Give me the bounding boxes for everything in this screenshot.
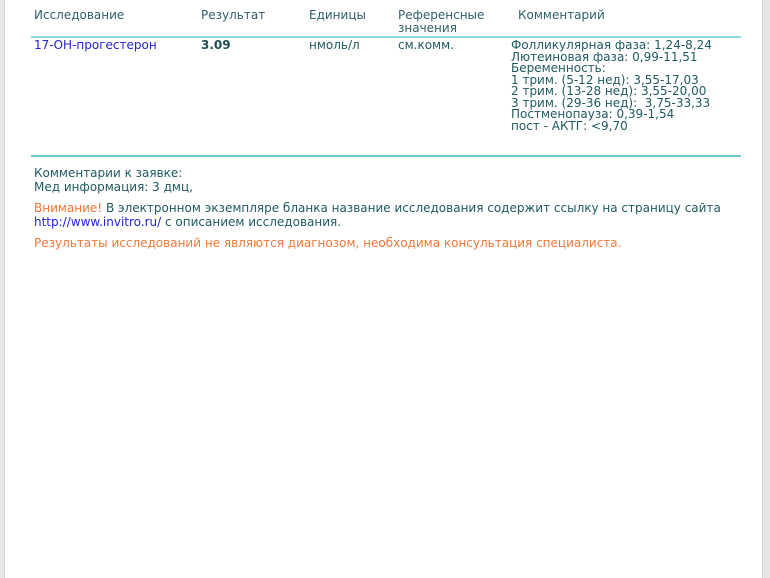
header-reference-line2: значения	[398, 22, 484, 35]
document-page: Исследование Результат Единицы Референсн…	[4, 0, 763, 578]
test-name-link[interactable]: 17-ОН-прогестерон	[34, 40, 157, 52]
med-info: Мед информация: 3 дмц,	[34, 180, 754, 194]
attention-label: Внимание!	[34, 201, 102, 215]
disclaimer: Результаты исследований не являются диаг…	[34, 236, 754, 250]
header-reference: Референсные значения	[398, 9, 484, 35]
test-result: 3.09	[201, 40, 231, 52]
header-test: Исследование	[34, 9, 124, 22]
site-link-suffix: с описанием исследования.	[161, 215, 341, 229]
attention-text: В электронном экземпляре бланка название…	[102, 201, 721, 215]
table-bottom-divider	[31, 155, 741, 157]
test-comment: Фолликулярная фаза: 1,24-8,24 Лютеиновая…	[511, 40, 712, 132]
header-result: Результат	[201, 9, 265, 22]
footer-notes: Комментарии к заявке: Мед информация: 3 …	[34, 166, 754, 250]
attention-note: Внимание! В электронном экземпляре бланк…	[34, 201, 754, 229]
test-reference: см.комм.	[398, 40, 454, 52]
test-units: нмоль/л	[309, 40, 360, 52]
header-comment: Комментарий	[518, 9, 605, 22]
comment-line: пост - АКТГ: <9,70	[511, 121, 712, 133]
header-units: Единицы	[309, 9, 366, 22]
site-link[interactable]: http://www.invitro.ru/	[34, 215, 161, 229]
order-comments-label: Комментарии к заявке:	[34, 166, 754, 180]
